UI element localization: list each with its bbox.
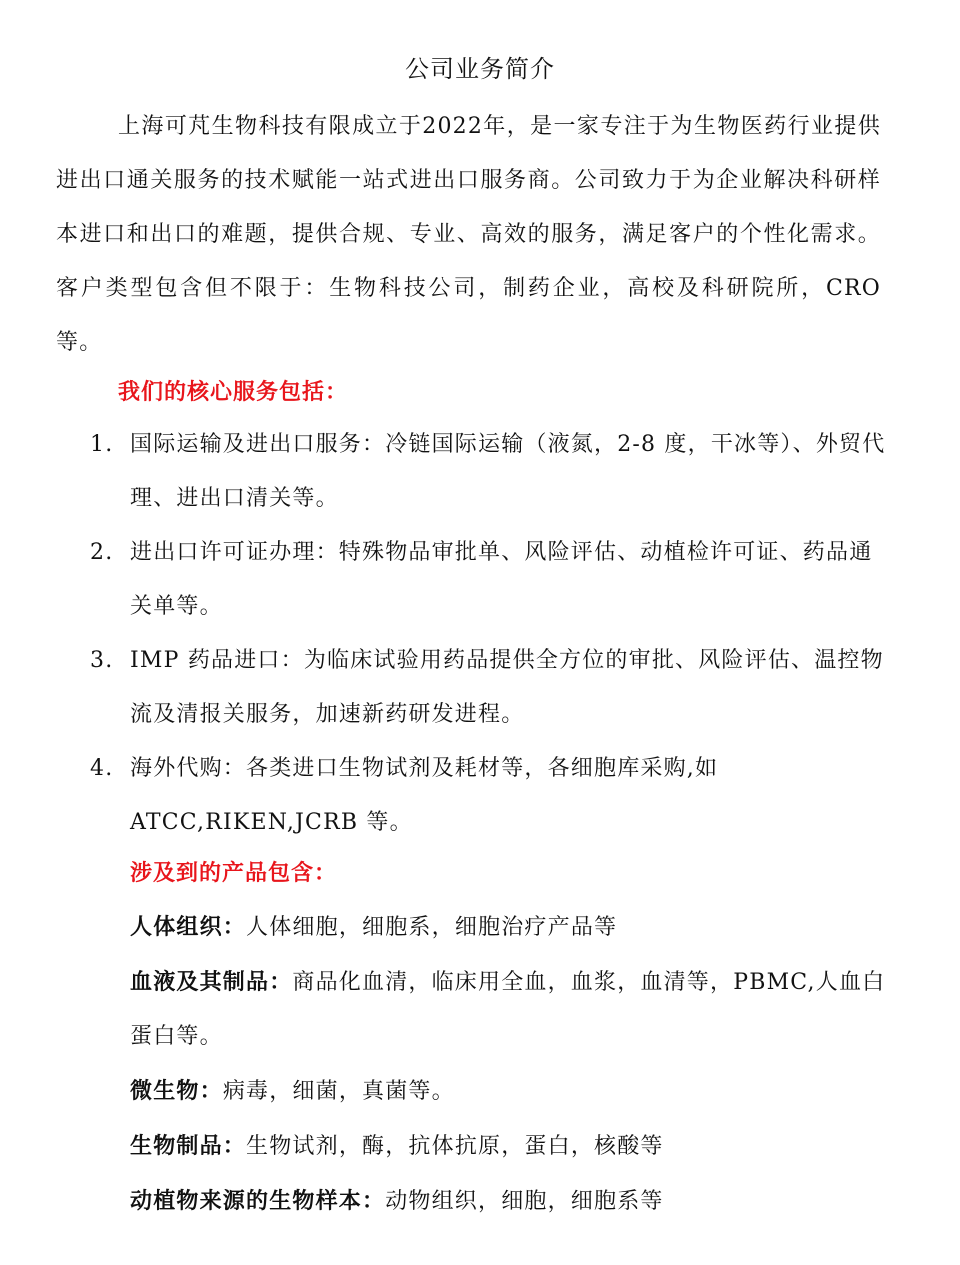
intro-paragraph: 上海可芃生物科技有限成立于2022年，是一家专注于为生物医药行业提供进出口通关服… (56, 100, 881, 370)
products-heading: 涉及到的产品包含： (130, 858, 337, 888)
service-item-1: 1. 国际运输及进出口服务：冷链国际运输（液氮，2-8 度，干冰等）、外贸代理、… (90, 418, 890, 526)
product-text: 人体细胞，细胞系，细胞治疗产品等 (246, 915, 617, 940)
document-page: 公司业务简介 上海可芃生物科技有限成立于2022年，是一家专注于为生物医药行业提… (0, 0, 960, 1265)
service-text: 海外代购：各类进口生物试剂及耗材等，各细胞库采购,如 ATCC,RIKEN,JC… (130, 756, 718, 835)
service-text: 进出口许可证办理：特殊物品审批单、风险评估、动植检许可证、药品通关单等。 (130, 540, 872, 619)
products-list: 人体组织：人体细胞，细胞系，细胞治疗产品等 血液及其制品：商品化血清，临床用全血… (130, 900, 890, 1229)
product-label: 人体组织： (130, 914, 246, 940)
product-text: 生物试剂，酶，抗体抗原，蛋白，核酸等 (246, 1134, 664, 1159)
service-text: 国际运输及进出口服务：冷链国际运输（液氮，2-8 度，干冰等）、外贸代理、进出口… (130, 432, 885, 511)
service-item-2: 2. 进出口许可证办理：特殊物品审批单、风险评估、动植检许可证、药品通关单等。 (90, 526, 890, 634)
product-item-animal-plant-samples: 动植物来源的生物样本：动物组织，细胞，细胞系等 (130, 1174, 890, 1229)
service-item-4: 4. 海外代购：各类进口生物试剂及耗材等，各细胞库采购,如 ATCC,RIKEN… (90, 742, 890, 850)
product-item-biologics: 生物制品：生物试剂，酶，抗体抗原，蛋白，核酸等 (130, 1119, 890, 1174)
product-label: 微生物： (130, 1078, 223, 1104)
product-label: 生物制品： (130, 1133, 246, 1159)
service-number: 3. (90, 634, 113, 688)
product-item-human-tissue: 人体组织：人体细胞，细胞系，细胞治疗产品等 (130, 900, 890, 955)
product-text: 病毒，细菌，真菌等。 (223, 1079, 455, 1104)
service-number: 2. (90, 526, 113, 580)
services-heading: 我们的核心服务包括： (118, 377, 348, 407)
product-item-blood: 血液及其制品：商品化血清，临床用全血，血浆，血清等，PBMC,人血白蛋白等。 (130, 955, 890, 1064)
product-item-microorganism: 微生物：病毒，细菌，真菌等。 (130, 1064, 890, 1119)
product-label: 动植物来源的生物样本： (130, 1188, 385, 1214)
service-item-3: 3. IMP 药品进口：为临床试验用药品提供全方位的审批、风险评估、温控物流及清… (90, 634, 890, 742)
document-title: 公司业务简介 (0, 52, 960, 86)
product-text: 动物组织，细胞，细胞系等 (385, 1189, 663, 1214)
service-number: 4. (90, 742, 113, 796)
services-list: 1. 国际运输及进出口服务：冷链国际运输（液氮，2-8 度，干冰等）、外贸代理、… (90, 418, 890, 850)
service-text: IMP 药品进口：为临床试验用药品提供全方位的审批、风险评估、温控物流及清报关服… (130, 648, 884, 727)
service-number: 1. (90, 418, 113, 472)
product-label: 血液及其制品： (130, 969, 292, 995)
